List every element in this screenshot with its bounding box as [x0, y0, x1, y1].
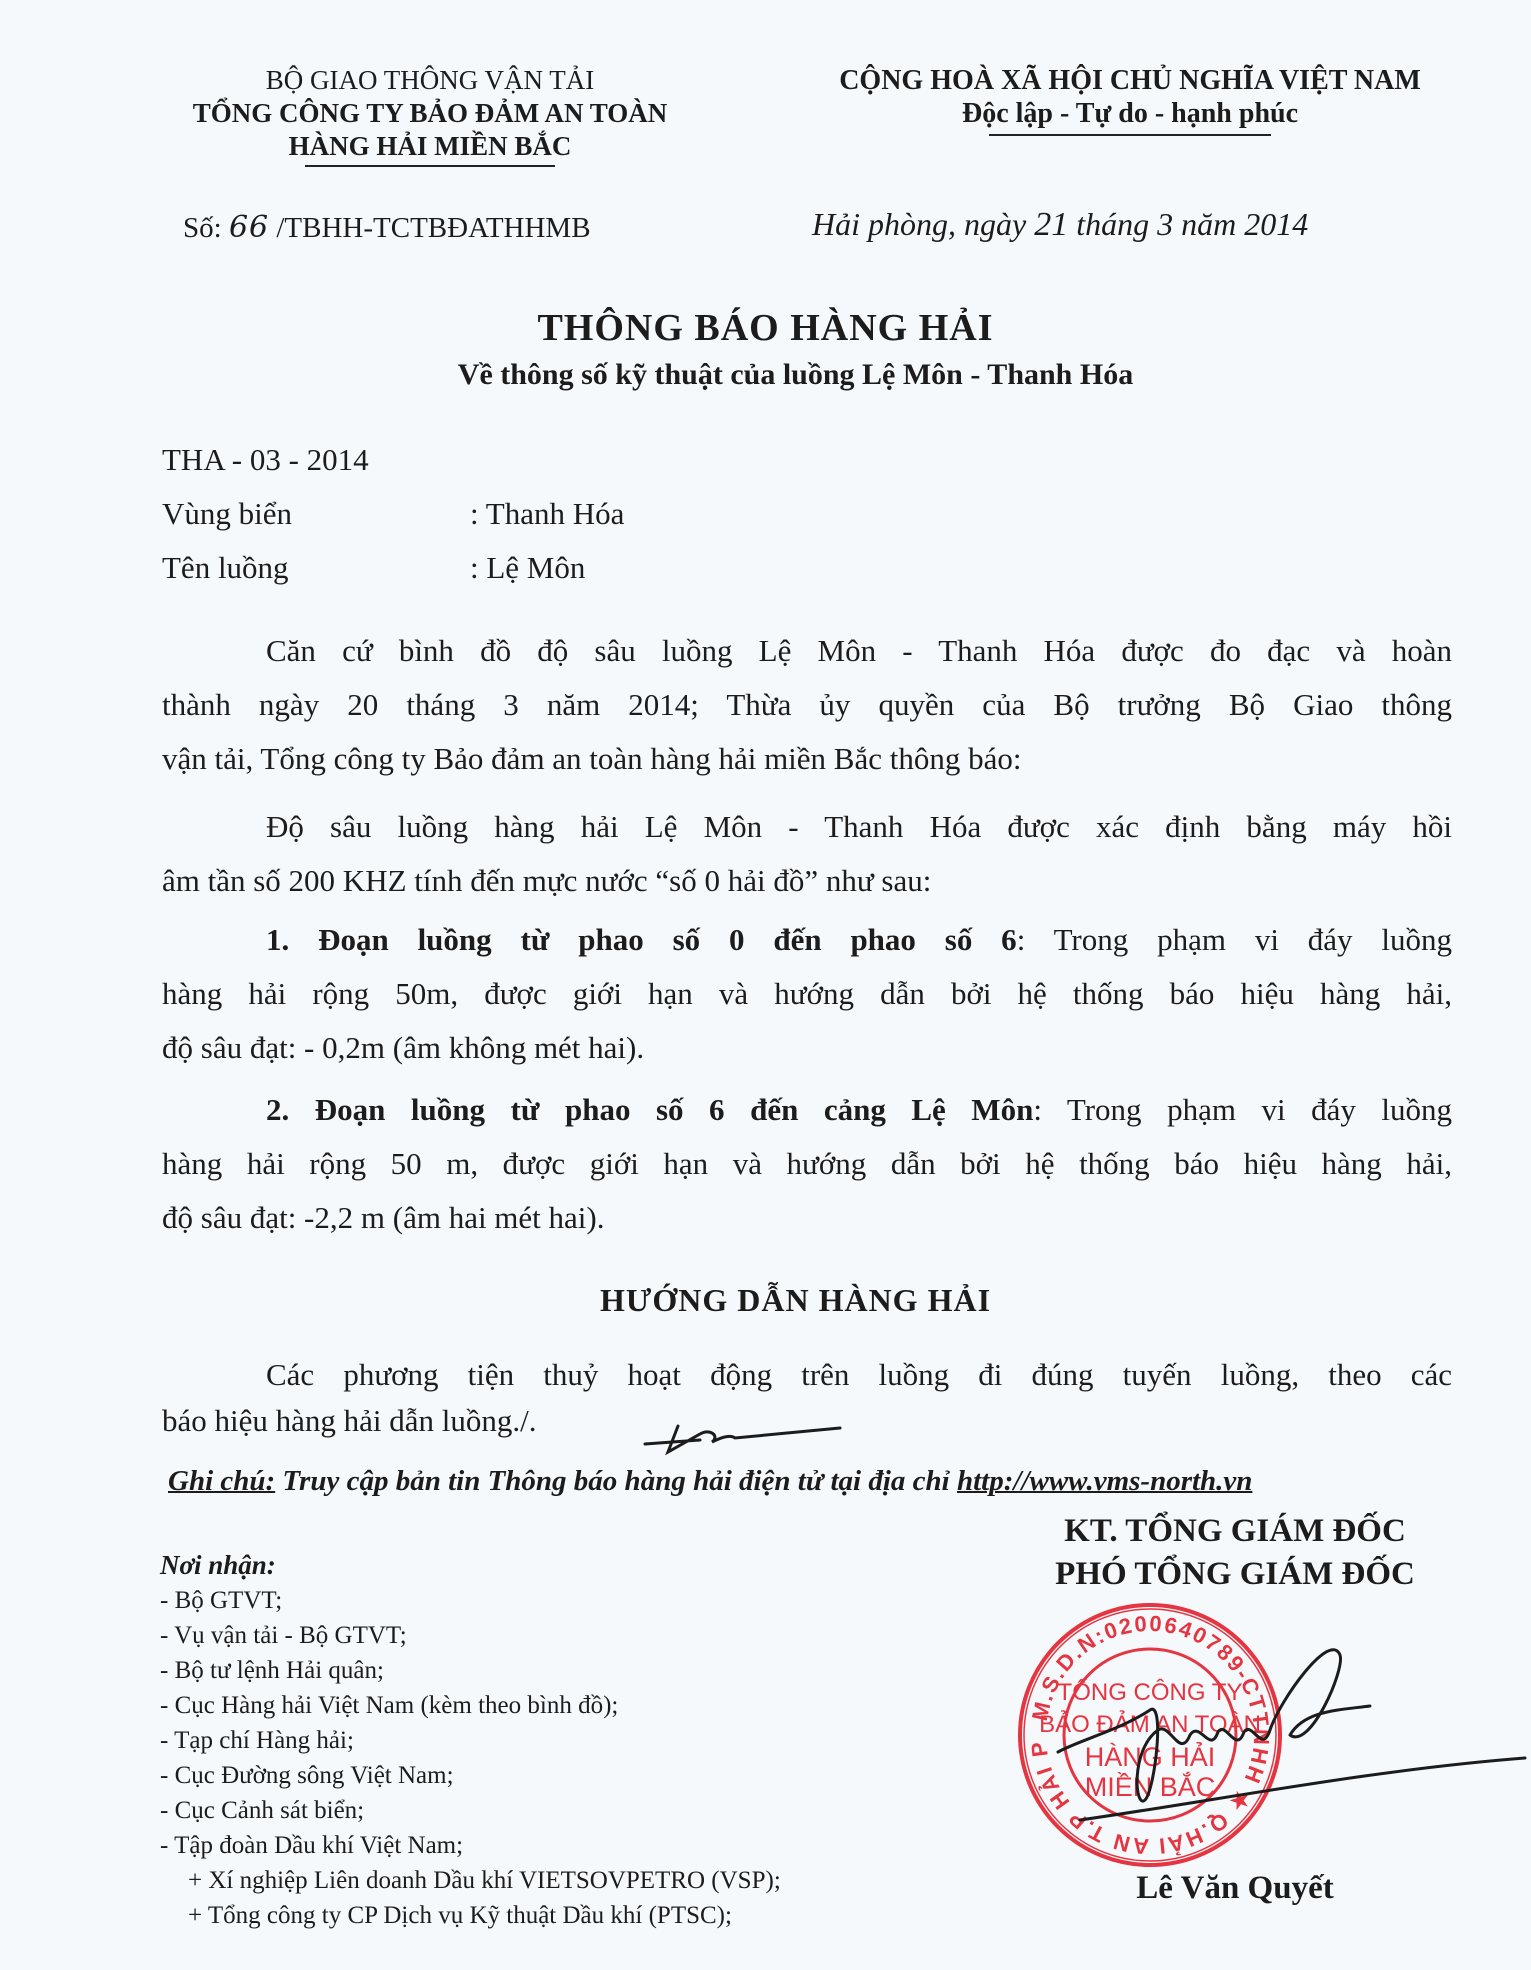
field-label: Vùng biển — [162, 487, 292, 541]
document-subtitle: Về thông số kỹ thuật của luồng Lệ Môn - … — [0, 358, 1531, 392]
guidance-title: HƯỚNG DẪN HÀNG HẢI — [0, 1282, 1531, 1319]
reference-prefix: Số: — [183, 212, 229, 244]
initials-flourish-icon — [640, 1416, 840, 1456]
field-label: Tên luồng — [162, 541, 289, 595]
organization-name-line2: HÀNG HẢI MIỀN BẮC — [150, 130, 710, 163]
body-paragraph-2: Độ sâu luồng hàng hải Lệ Môn - Thanh Hóa… — [162, 800, 1452, 908]
signature-block: KT. TỔNG GIÁM ĐỐC PHÓ TỔNG GIÁM ĐỐC — [1000, 1510, 1470, 1596]
recipient-item: - Cục Cảnh sát biển; — [160, 1793, 781, 1828]
handwritten-number: 66 — [229, 210, 269, 245]
field-value: : Thanh Hóa — [470, 487, 624, 541]
recipient-item: - Tạp chí Hàng hải; — [160, 1723, 781, 1758]
recipient-item: - Cục Đường sông Việt Nam; — [160, 1758, 781, 1793]
recipient-item: - Tập đoàn Dầu khí Việt Nam; — [160, 1828, 781, 1863]
document-title: THÔNG BÁO HÀNG HẢI — [0, 306, 1531, 350]
footnote: Ghi chú: Truy cập bản tin Thông báo hàng… — [168, 1465, 1252, 1498]
national-motto: Độc lập - Tự do - hạnh phúc — [790, 97, 1470, 131]
recipient-item: - Bộ tư lệnh Hải quân; — [160, 1653, 781, 1688]
recipient-item: - Cục Hàng hải Việt Nam (kèm theo bình đ… — [160, 1688, 781, 1723]
signature-title-line1: KT. TỔNG GIÁM ĐỐC — [1000, 1510, 1470, 1553]
body-paragraph-1: Căn cứ bình đồ độ sâu luồng Lệ Môn - Tha… — [162, 624, 1452, 786]
recipient-item: - Bộ GTVT; — [160, 1583, 781, 1618]
reference-number: Số: 66 /TBHH-TCTBĐATHHMB — [183, 210, 591, 245]
depth-value: độ sâu đạt: -2,2 m (âm hai mét hai). — [162, 1191, 1452, 1245]
country-name: CỘNG HOÀ XÃ HỘI CHỦ NGHĨA VIỆT NAM — [790, 64, 1470, 97]
field-value: : Lệ Môn — [470, 541, 585, 595]
channel-section-1: 1. Đoạn luồng từ phao số 0 đến phao số 6… — [162, 913, 1452, 1075]
recipient-item: - Vụ vận tải - Bộ GTVT; — [160, 1618, 781, 1653]
depth-value: độ sâu đạt: - 0,2m (âm không mét hai). — [162, 1021, 1452, 1075]
recipient-subitem: + Xí nghiệp Liên doanh Dầu khí VIETSOVPE… — [160, 1863, 781, 1898]
section-heading: 1. Đoạn luồng từ phao số 0 đến phao số 6 — [266, 922, 1017, 957]
section-heading: 2. Đoạn luồng từ phao số 6 đến cảng Lệ M… — [266, 1092, 1033, 1127]
issuer-header: BỘ GIAO THÔNG VẬN TẢI TỔNG CÔNG TY BẢO Đ… — [150, 64, 710, 167]
handwritten-signature-icon — [1040, 1640, 1520, 1860]
channel-section-2: 2. Đoạn luồng từ phao số 6 đến cảng Lệ M… — [162, 1083, 1452, 1245]
recipient-subitem: + Tổng công ty CP Dịch vụ Kỹ thuật Dầu k… — [160, 1898, 781, 1933]
motto-underline — [989, 134, 1271, 136]
website-link[interactable]: http://www.vms-north.vn — [957, 1465, 1252, 1497]
note-label: Ghi chú: — [168, 1465, 275, 1497]
handwritten-day: 21 — [1034, 206, 1068, 243]
national-header: CỘNG HOÀ XÃ HỘI CHỦ NGHĨA VIỆT NAM Độc l… — [790, 64, 1470, 136]
date-prefix: Hải phòng, ngày — [812, 206, 1034, 242]
date-suffix: tháng 3 năm 2014 — [1068, 206, 1308, 242]
signature-title-line2: PHÓ TỔNG GIÁM ĐỐC — [1000, 1553, 1470, 1596]
date-line: Hải phòng, ngày 21 tháng 3 năm 2014 — [812, 206, 1308, 244]
recipients-list: Nơi nhận: - Bộ GTVT; - Vụ vận tải - Bộ G… — [160, 1548, 781, 1933]
organization-name-line1: TỔNG CÔNG TY BẢO ĐẢM AN TOÀN — [150, 97, 710, 130]
signer-name: Lê Văn Quyết — [1000, 1870, 1470, 1907]
header-underline — [305, 165, 555, 167]
reference-suffix: /TBHH-TCTBĐATHHMB — [269, 212, 590, 244]
ministry-name: BỘ GIAO THÔNG VẬN TẢI — [150, 64, 710, 97]
recipients-heading: Nơi nhận: — [160, 1548, 781, 1583]
notice-code: THA - 03 - 2014 — [162, 433, 369, 487]
